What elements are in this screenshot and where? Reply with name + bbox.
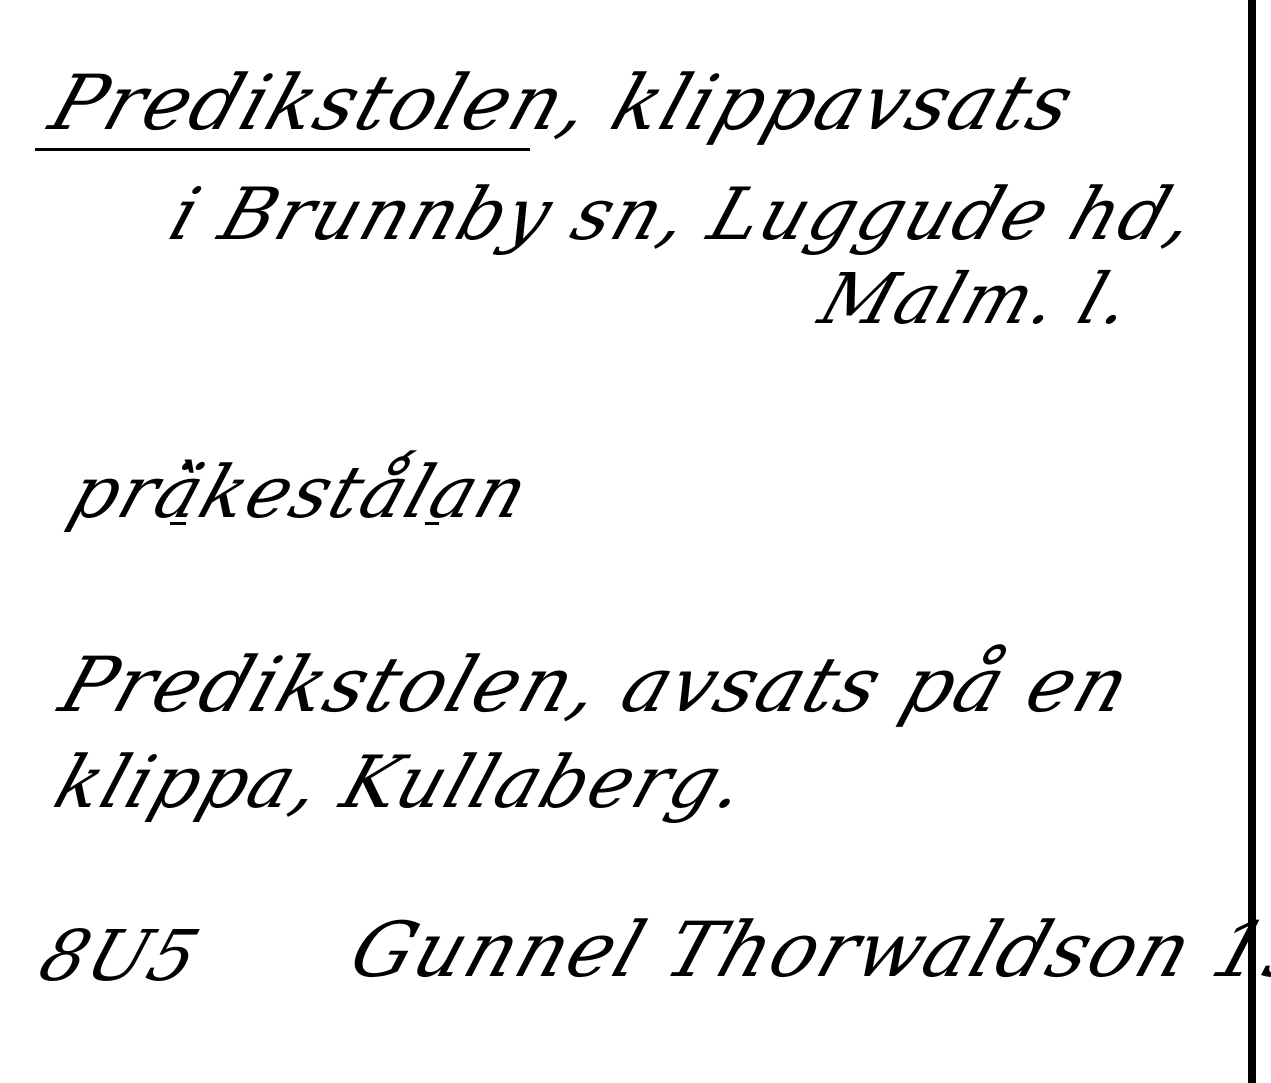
- headword: Predikstolen: [40, 58, 578, 147]
- headword-underline: [35, 148, 530, 151]
- stress-mark: [170, 522, 186, 525]
- index-card: Predikstolen, klippavsats i Brunnby sn, …: [0, 0, 1271, 1083]
- reference-number: 8U5: [30, 915, 211, 997]
- year: 1945.: [1202, 905, 1271, 994]
- signature-line: Gunnel Thorwaldson 1945.: [340, 905, 1271, 994]
- county-line: Malm. l.: [810, 258, 1144, 340]
- headword-line: Predikstolen, klippavsats: [40, 58, 1086, 147]
- definition-line-2: klippa, Kullaberg.: [45, 740, 759, 824]
- headword-description: , klippavsats: [549, 58, 1086, 147]
- definition-line-1: Predikstolen, avsats på en: [50, 640, 1143, 729]
- stress-mark: [425, 522, 439, 525]
- pronunciation: prä̀kestǻlan: [60, 450, 540, 534]
- collector-name: Gunnel Thorwaldson: [340, 905, 1205, 994]
- location-line: i Brunnby sn, Luggude hd,: [160, 172, 1208, 256]
